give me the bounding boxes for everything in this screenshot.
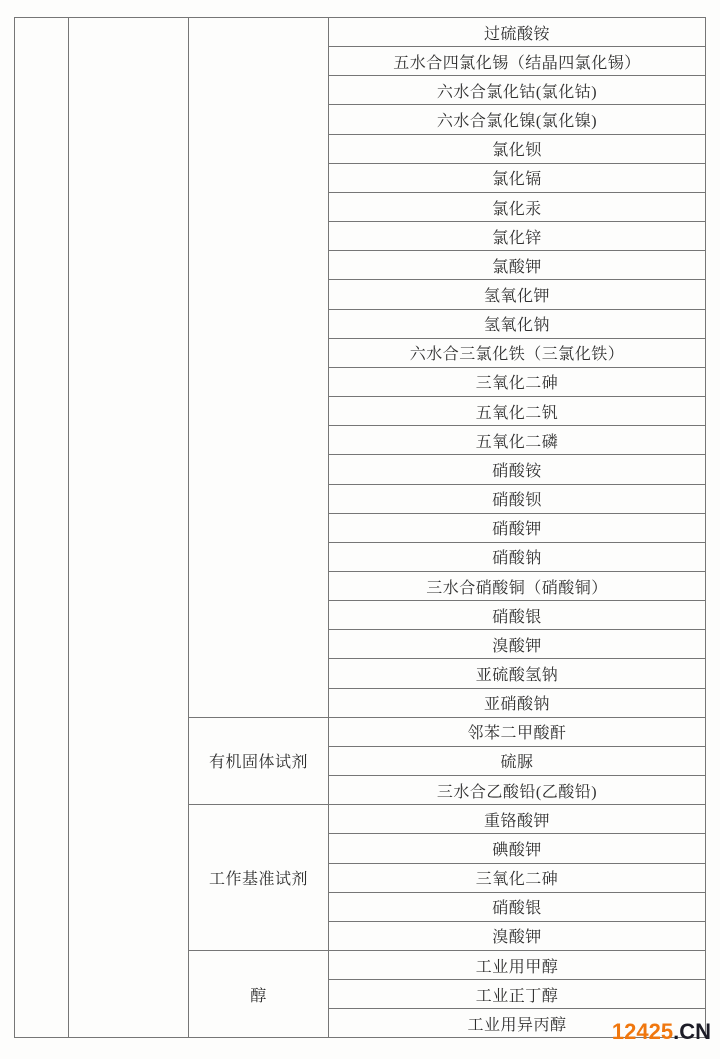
- chemical-name-cell: 重铬酸钾: [329, 805, 706, 834]
- chemical-name-cell: 硝酸钠: [329, 542, 706, 571]
- chemical-name-cell: 三氧化二砷: [329, 863, 706, 892]
- chemical-name-cell: 氯化汞: [329, 192, 706, 221]
- chemical-name-cell: 碘酸钾: [329, 834, 706, 863]
- chemical-name-cell: 三水合乙酸铅(乙酸铅): [329, 776, 706, 805]
- chemical-name-cell: 六水合氯化钴(氯化钴): [329, 76, 706, 105]
- chemical-name-cell: 硝酸银: [329, 601, 706, 630]
- chemical-name-cell: 六水合氯化镍(氯化镍): [329, 105, 706, 134]
- chemical-name-cell: 氯酸钾: [329, 251, 706, 280]
- chemical-name-cell: 工业正丁醇: [329, 980, 706, 1009]
- chemical-name-cell: 氯化钡: [329, 134, 706, 163]
- reagent-table-body: 过硫酸铵五水合四氯化锡（结晶四氯化锡）六水合氯化钴(氯化钴)六水合氯化镍(氯化镍…: [15, 18, 706, 1038]
- chemical-name-cell: 溴酸钾: [329, 630, 706, 659]
- chemical-name-cell: 硝酸银: [329, 892, 706, 921]
- category-cell: [189, 18, 329, 718]
- chemical-name-cell: 五水合四氯化锡（结晶四氯化锡）: [329, 47, 706, 76]
- chemical-name-cell: 氯化锌: [329, 222, 706, 251]
- chemical-name-cell: 氯化镉: [329, 163, 706, 192]
- watermark-tld: .CN: [673, 1019, 711, 1044]
- watermark: 12425.CN: [612, 1021, 711, 1043]
- category-cell: 醇: [189, 951, 329, 1038]
- chemical-name-cell: 硝酸钡: [329, 484, 706, 513]
- table-row: 过硫酸铵: [15, 18, 706, 47]
- chemical-name-cell: 氢氧化钾: [329, 280, 706, 309]
- chemical-name-cell: 五氧化二钒: [329, 397, 706, 426]
- watermark-number: 12425: [612, 1019, 673, 1044]
- scanned-document-page: 过硫酸铵五水合四氯化锡（结晶四氯化锡）六水合氯化钴(氯化钴)六水合氯化镍(氯化镍…: [0, 0, 720, 1059]
- chemical-name-cell: 硫脲: [329, 746, 706, 775]
- chemical-name-cell: 工业用甲醇: [329, 951, 706, 980]
- chemical-name-cell: 三水合硝酸铜（硝酸铜）: [329, 571, 706, 600]
- chemical-name-cell: 三氧化二砷: [329, 367, 706, 396]
- chemical-name-cell: 溴酸钾: [329, 921, 706, 950]
- chemical-name-cell: 六水合三氯化铁（三氯化铁）: [329, 338, 706, 367]
- category-cell: 有机固体试剂: [189, 717, 329, 804]
- chemical-name-cell: 硝酸铵: [329, 455, 706, 484]
- category-cell: 工作基准试剂: [189, 805, 329, 951]
- chemical-name-cell: 邻苯二甲酸酐: [329, 717, 706, 746]
- reagent-table: 过硫酸铵五水合四氯化锡（结晶四氯化锡）六水合氯化钴(氯化钴)六水合氯化镍(氯化镍…: [14, 17, 706, 1038]
- chemical-name-cell: 氢氧化钠: [329, 309, 706, 338]
- chemical-name-cell: 过硫酸铵: [329, 18, 706, 47]
- chemical-name-cell: 五氧化二磷: [329, 426, 706, 455]
- chemical-name-cell: 硝酸钾: [329, 513, 706, 542]
- chemical-name-cell: 亚硝酸钠: [329, 688, 706, 717]
- second-margin-cell: [69, 18, 189, 1038]
- chemical-name-cell: 亚硫酸氢钠: [329, 659, 706, 688]
- left-margin-cell: [15, 18, 69, 1038]
